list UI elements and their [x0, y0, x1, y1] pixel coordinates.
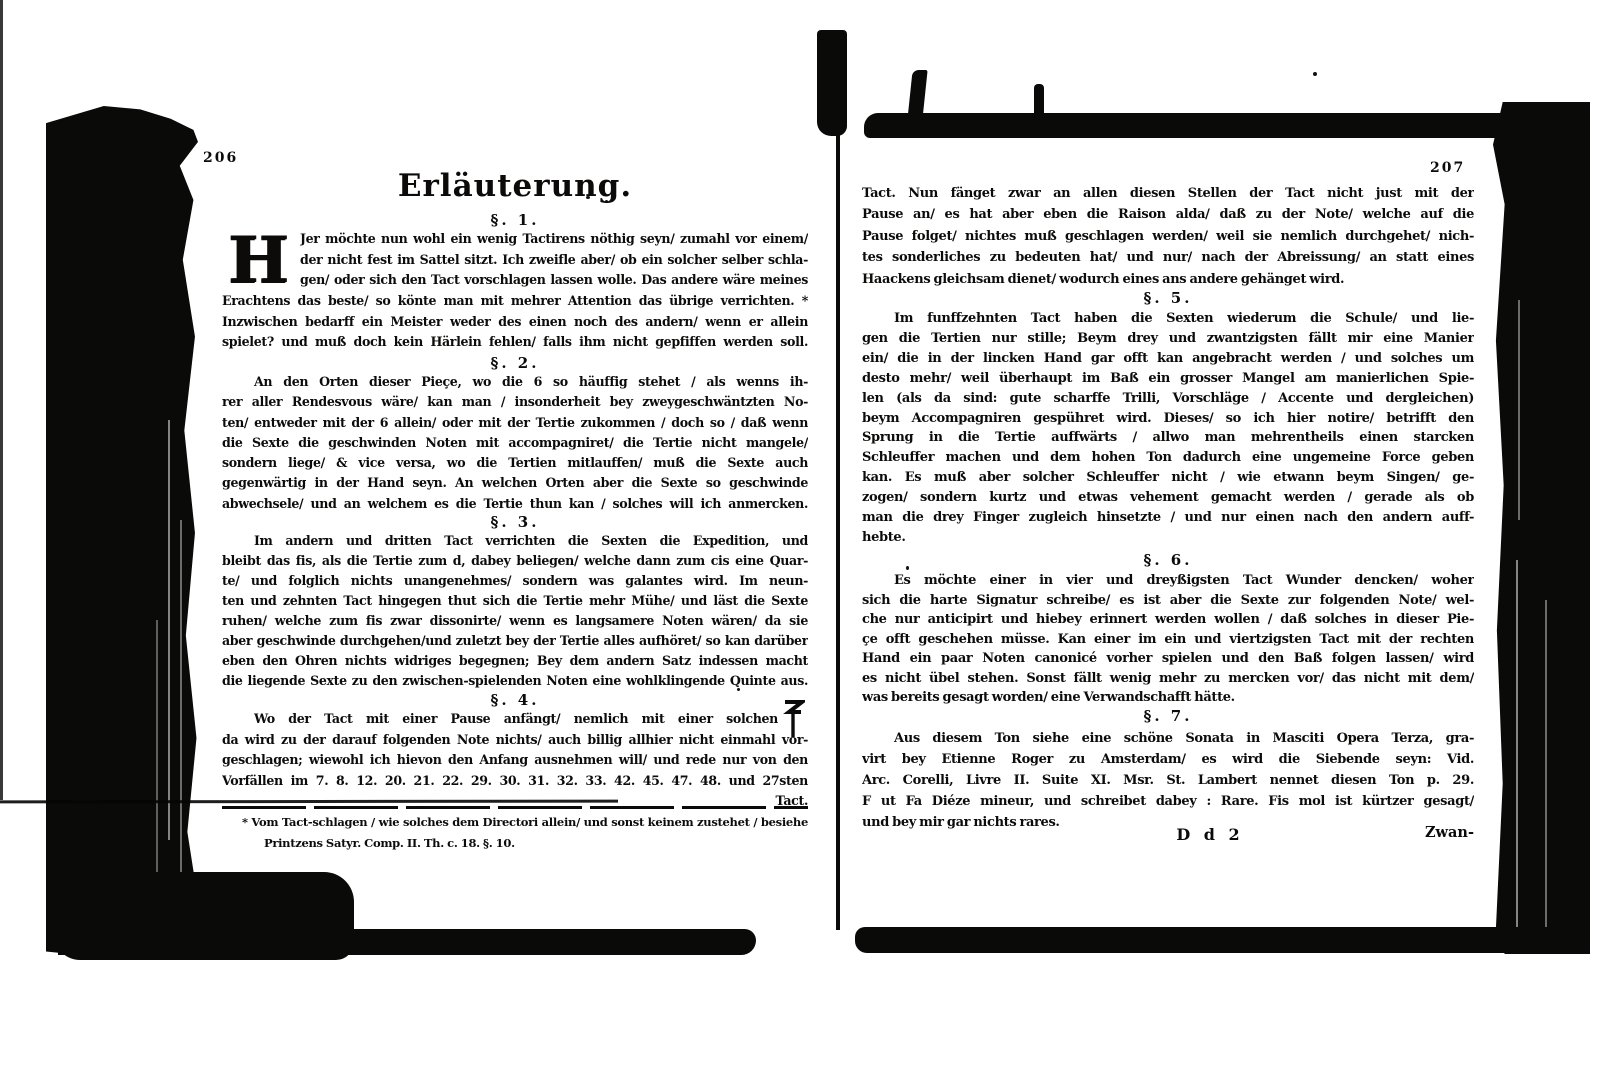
text-line: was bereits gesagt worden/ eine Verwands… — [862, 688, 1474, 708]
text-line: Im andern und dritten Tact verrichten di… — [222, 531, 808, 551]
text-line: ten und zehnten Tact hingegen thut sich … — [222, 591, 808, 611]
text-line: gen die Tertien nur stille; Beym drey un… — [862, 329, 1474, 349]
text-line: len (als da sind: gute scharffe Trilli, … — [862, 389, 1474, 409]
paragraph-6: Es möchte einer in vier und dreyßigsten … — [862, 571, 1474, 708]
text-line: çe offt geschehen müsse. Kan einer im ei… — [862, 630, 1474, 650]
scan-ink-spike — [1034, 84, 1044, 118]
continuation-paragraph: Tact. Nun fänget zwar an allen diesen St… — [862, 183, 1474, 290]
paragraph-1: Erachtens das beste/ so könte man mit me… — [222, 291, 808, 353]
paragraph-1-indented-lines: Jer möchte nun wohl ein wenig Tactirens … — [300, 229, 808, 291]
text-line: zogen/ sondern kurtz und etwas vehement … — [862, 488, 1474, 508]
text-line: sondern liege/ & vice versa, wo die Tert… — [222, 453, 808, 473]
text-line: F ut Fa Diéze mineur, und schreibet dabe… — [862, 791, 1474, 812]
text-line: aber geschwinde durchgehen/und zuletzt b… — [222, 631, 808, 651]
page-edge-streak — [1518, 300, 1520, 520]
text-line: Wo der Tact mit einer Pause anfängt/ nem… — [222, 709, 808, 730]
section-heading-1: §. 1. — [222, 211, 808, 229]
text-line: virt bey Etienne Roger zu Amsterdam/ es … — [862, 749, 1474, 770]
text-line: sich die harte Signatur schreibe/ es ist… — [862, 591, 1474, 611]
text-line: geschlagen; wiewohl ich hievon den Anfan… — [222, 750, 808, 771]
text-line: beym Accompagniren gespühret wird. Diese… — [862, 409, 1474, 429]
text-line: Schleuffer machen und dem hohen Ton dadu… — [862, 448, 1474, 468]
page-edge-streak — [1516, 560, 1518, 940]
book-edge-right — [1493, 102, 1590, 954]
text-line: Aus diesem Ton siehe eine schöne Sonata … — [862, 728, 1474, 749]
text-line: man die drey Finger zugleich hinsetzte /… — [862, 508, 1474, 528]
text-line: te/ und folglich nichts unangenehmes/ so… — [222, 571, 808, 591]
text-line: Pause folget/ nichtes muß geschlagen wer… — [862, 226, 1474, 247]
text-line: gegenwärtig in der Hand seyn. An welchen… — [222, 473, 808, 493]
bottom-edge-left — [58, 929, 756, 955]
catchword: Zwan- — [1364, 824, 1474, 841]
gutter-ink-blob — [817, 30, 847, 136]
quarter-rest-icon — [783, 699, 805, 739]
book-edge-left — [46, 106, 198, 960]
text-line: Inzwischen bedarff ein Meister weder des… — [222, 312, 808, 333]
text-line: Pause an/ es hat aber eben die Raison al… — [862, 204, 1474, 225]
text-line: Erachtens das beste/ so könte man mit me… — [222, 291, 808, 312]
paragraph-4: Wo der Tact mit einer Pause anfängt/ nem… — [222, 709, 808, 812]
text-line: spielet? und muß doch kein Härlein fehle… — [222, 332, 808, 353]
text-line: Es möchte einer in vier und dreyßigsten … — [862, 571, 1474, 591]
book-scan: 206 Erläuterung. §. 1. H Jer möchte nun … — [0, 0, 1600, 1088]
text-line: es nicht übel stehen. Sonst fällt wenig … — [862, 669, 1474, 689]
scan-top-bar — [864, 113, 1514, 138]
gutter-shadow-line — [836, 132, 840, 930]
text-line: hebte. — [862, 528, 1474, 548]
bottom-edge-right — [855, 927, 1590, 953]
ink-speck — [1313, 72, 1317, 76]
text-line: bleibt das fis, als die Tertie zum d, da… — [222, 551, 808, 571]
page-number-right: 207 — [1430, 160, 1465, 176]
text-line: Jer möchte nun wohl ein wenig Tactirens … — [300, 229, 808, 250]
section-heading-7: §. 7. — [862, 707, 1474, 725]
page-number-left: 206 — [203, 150, 238, 166]
text-line: An den Orten dieser Pieçe, wo die 6 so h… — [222, 372, 808, 392]
text-line: die liegende Sexte zu den zwischen-spiel… — [222, 671, 808, 691]
text-line: Printzens Satyr. Comp. II. Th. c. 18. §.… — [222, 833, 808, 854]
section-heading-5: §. 5. — [862, 289, 1474, 307]
paragraph-5: Im funffzehnten Tact haben die Sexten wi… — [862, 309, 1474, 548]
scan-edge-hairline — [0, 0, 3, 800]
page-edge-streak — [1545, 600, 1547, 945]
text-line: Hand ein paar Noten canonicé vorher spie… — [862, 649, 1474, 669]
text-line: Arc. Corelli, Livre II. Suite XI. Msr. S… — [862, 770, 1474, 791]
text-line: desto mehr/ weil überhaupt im Baß ein gr… — [862, 369, 1474, 389]
text-line: Im funffzehnten Tact haben die Sexten wi… — [862, 309, 1474, 329]
text-line: ten/ entweder mit der 6 allein/ oder mit… — [222, 413, 808, 433]
text-line: Sprung in die Tertie auffwärts / allwo m… — [862, 428, 1474, 448]
paragraph-3: Im andern und dritten Tact verrichten di… — [222, 531, 808, 691]
text-line: gen/ oder sich den Tact vorschlagen lass… — [300, 270, 808, 291]
text-line: kan. Es muß aber solcher Schleuffer nich… — [862, 468, 1474, 488]
text-line: abwechsele/ und an welchem es die Tertie… — [222, 494, 808, 514]
footnote-rule — [222, 806, 808, 809]
text-line: che nur anticipirt und hiebey erinnert w… — [862, 610, 1474, 630]
footnote: * Vom Tact-schlagen / wie solches dem Di… — [222, 812, 808, 853]
paragraph-7: Aus diesem Ton siehe eine schöne Sonata … — [862, 728, 1474, 833]
text-line: die Sexte die geschwinden Noten mit acco… — [222, 433, 808, 453]
text-line: rer aller Rendesvous wäre/ kan man / ins… — [222, 392, 808, 412]
text-line: da wird zu der darauf folgenden Note nic… — [222, 730, 808, 751]
section-heading-6: §. 6. — [862, 551, 1474, 569]
section-heading-4: §. 4. — [222, 691, 808, 709]
text-line: Tact. Nun fänget zwar an allen diesen St… — [862, 183, 1474, 204]
signature-mark: D d 2 — [1150, 825, 1270, 844]
page-edge-streak — [168, 420, 170, 840]
paragraph-2: An den Orten dieser Pieçe, wo die 6 so h… — [222, 372, 808, 514]
text-line: * Vom Tact-schlagen / wie solches dem Di… — [222, 812, 808, 833]
text-line: ein/ die in der lincken Hand gar offt ka… — [862, 349, 1474, 369]
text-line: eben den Ohren nichts widriges begegnen;… — [222, 651, 808, 671]
section-heading-2: §. 2. — [222, 354, 808, 372]
text-line: tes sonderliches zu bedeuten hat/ und nu… — [862, 247, 1474, 268]
section-heading-3: §. 3. — [222, 513, 808, 531]
text-line: Vorfällen im 7. 8. 12. 20. 21. 22. 29. 3… — [222, 771, 808, 792]
page-edge-streak — [180, 520, 182, 920]
page-title: Erläuterung. — [222, 168, 808, 204]
text-line: ruhen/ welche zum fis zwar dissonirte/ w… — [222, 611, 808, 631]
text-line: der nicht fest im Sattel sitzt. Ich zwei… — [300, 250, 808, 271]
text-line: Haackens gleichsam dienet/ wodurch eines… — [862, 269, 1474, 290]
